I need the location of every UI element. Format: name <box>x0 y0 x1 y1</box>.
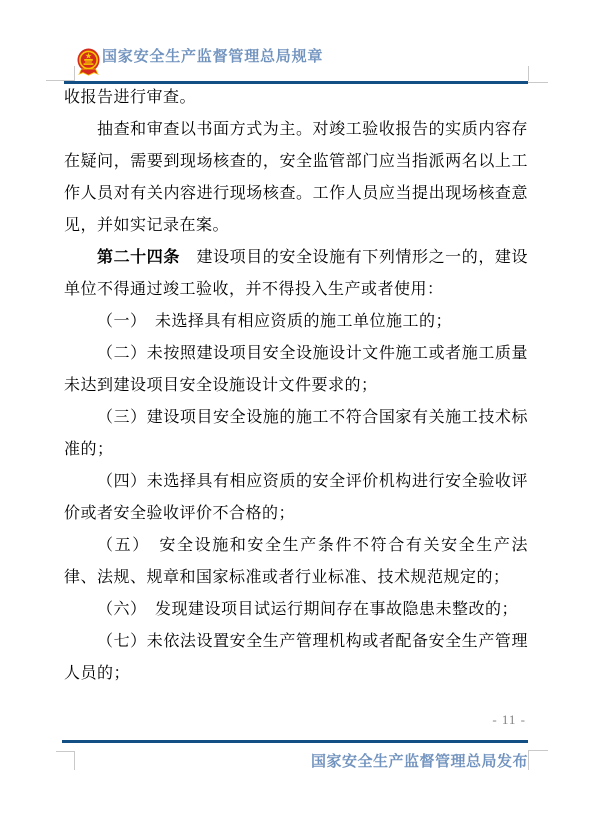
text-boundary-mark-bottom-left <box>74 751 75 770</box>
header-title: 国家安全生产监督管理总局规章 <box>102 48 323 66</box>
list-item: （四）未选择具有相应资质的安全评价机构进行安全验收评价或者安全验收评价不合格的； <box>64 466 528 530</box>
paragraph: 收报告进行审查。 <box>64 82 528 114</box>
article-number: 第二十四条 <box>97 249 180 266</box>
text-boundary-mark-top-right <box>528 66 529 81</box>
list-item: （一） 未选择具有相应资质的施工单位施工的； <box>64 306 528 338</box>
list-item: （六） 发现建设项目试运行期间存在事故隐患未整改的； <box>64 594 528 626</box>
body-text: 收报告进行审查。 抽查和审查以书面方式为主。对竣工验收报告的实质内容存在疑问，需… <box>64 82 528 690</box>
list-item: （七）未依法设置安全生产管理机构或者配备安全生产管理人员的； <box>64 626 528 690</box>
page-number: - 11 - <box>492 712 526 728</box>
footer-rule <box>62 740 528 743</box>
text-boundary-mark-bottom-right <box>528 750 548 751</box>
paragraph-article-24: 第二十四条 建设项目的安全设施有下列情形之一的，建设单位不得通过竣工验收，并不得… <box>64 242 528 306</box>
text-boundary-mark-top-right <box>528 82 548 83</box>
china-national-emblem-icon <box>77 48 100 76</box>
paragraph: 抽查和审查以书面方式为主。对竣工验收报告的实质内容存在疑问，需要到现场核查的，安… <box>64 114 528 242</box>
list-item: （三）建设项目安全设施的施工不符合国家有关施工技术标准的； <box>64 402 528 466</box>
list-item: （五） 安全设施和安全生产条件不符合有关安全生产法律、法规、规章和国家标准或者行… <box>64 530 528 594</box>
text-boundary-mark-top-left <box>74 66 75 81</box>
text-boundary-mark-bottom-right <box>528 750 529 770</box>
text-boundary-mark-bottom-left <box>56 751 74 752</box>
footer-publisher: 国家安全生产监督管理总局发布 <box>311 750 528 771</box>
text-boundary-mark-top-left <box>46 80 74 81</box>
list-item: （二）未按照建设项目安全设施设计文件施工或者施工质量未达到建设项目安全设施设计文… <box>64 338 528 402</box>
document-page: 国家安全生产监督管理总局规章 收报告进行审查。 抽查和审查以书面方式为主。对竣工… <box>0 0 595 824</box>
